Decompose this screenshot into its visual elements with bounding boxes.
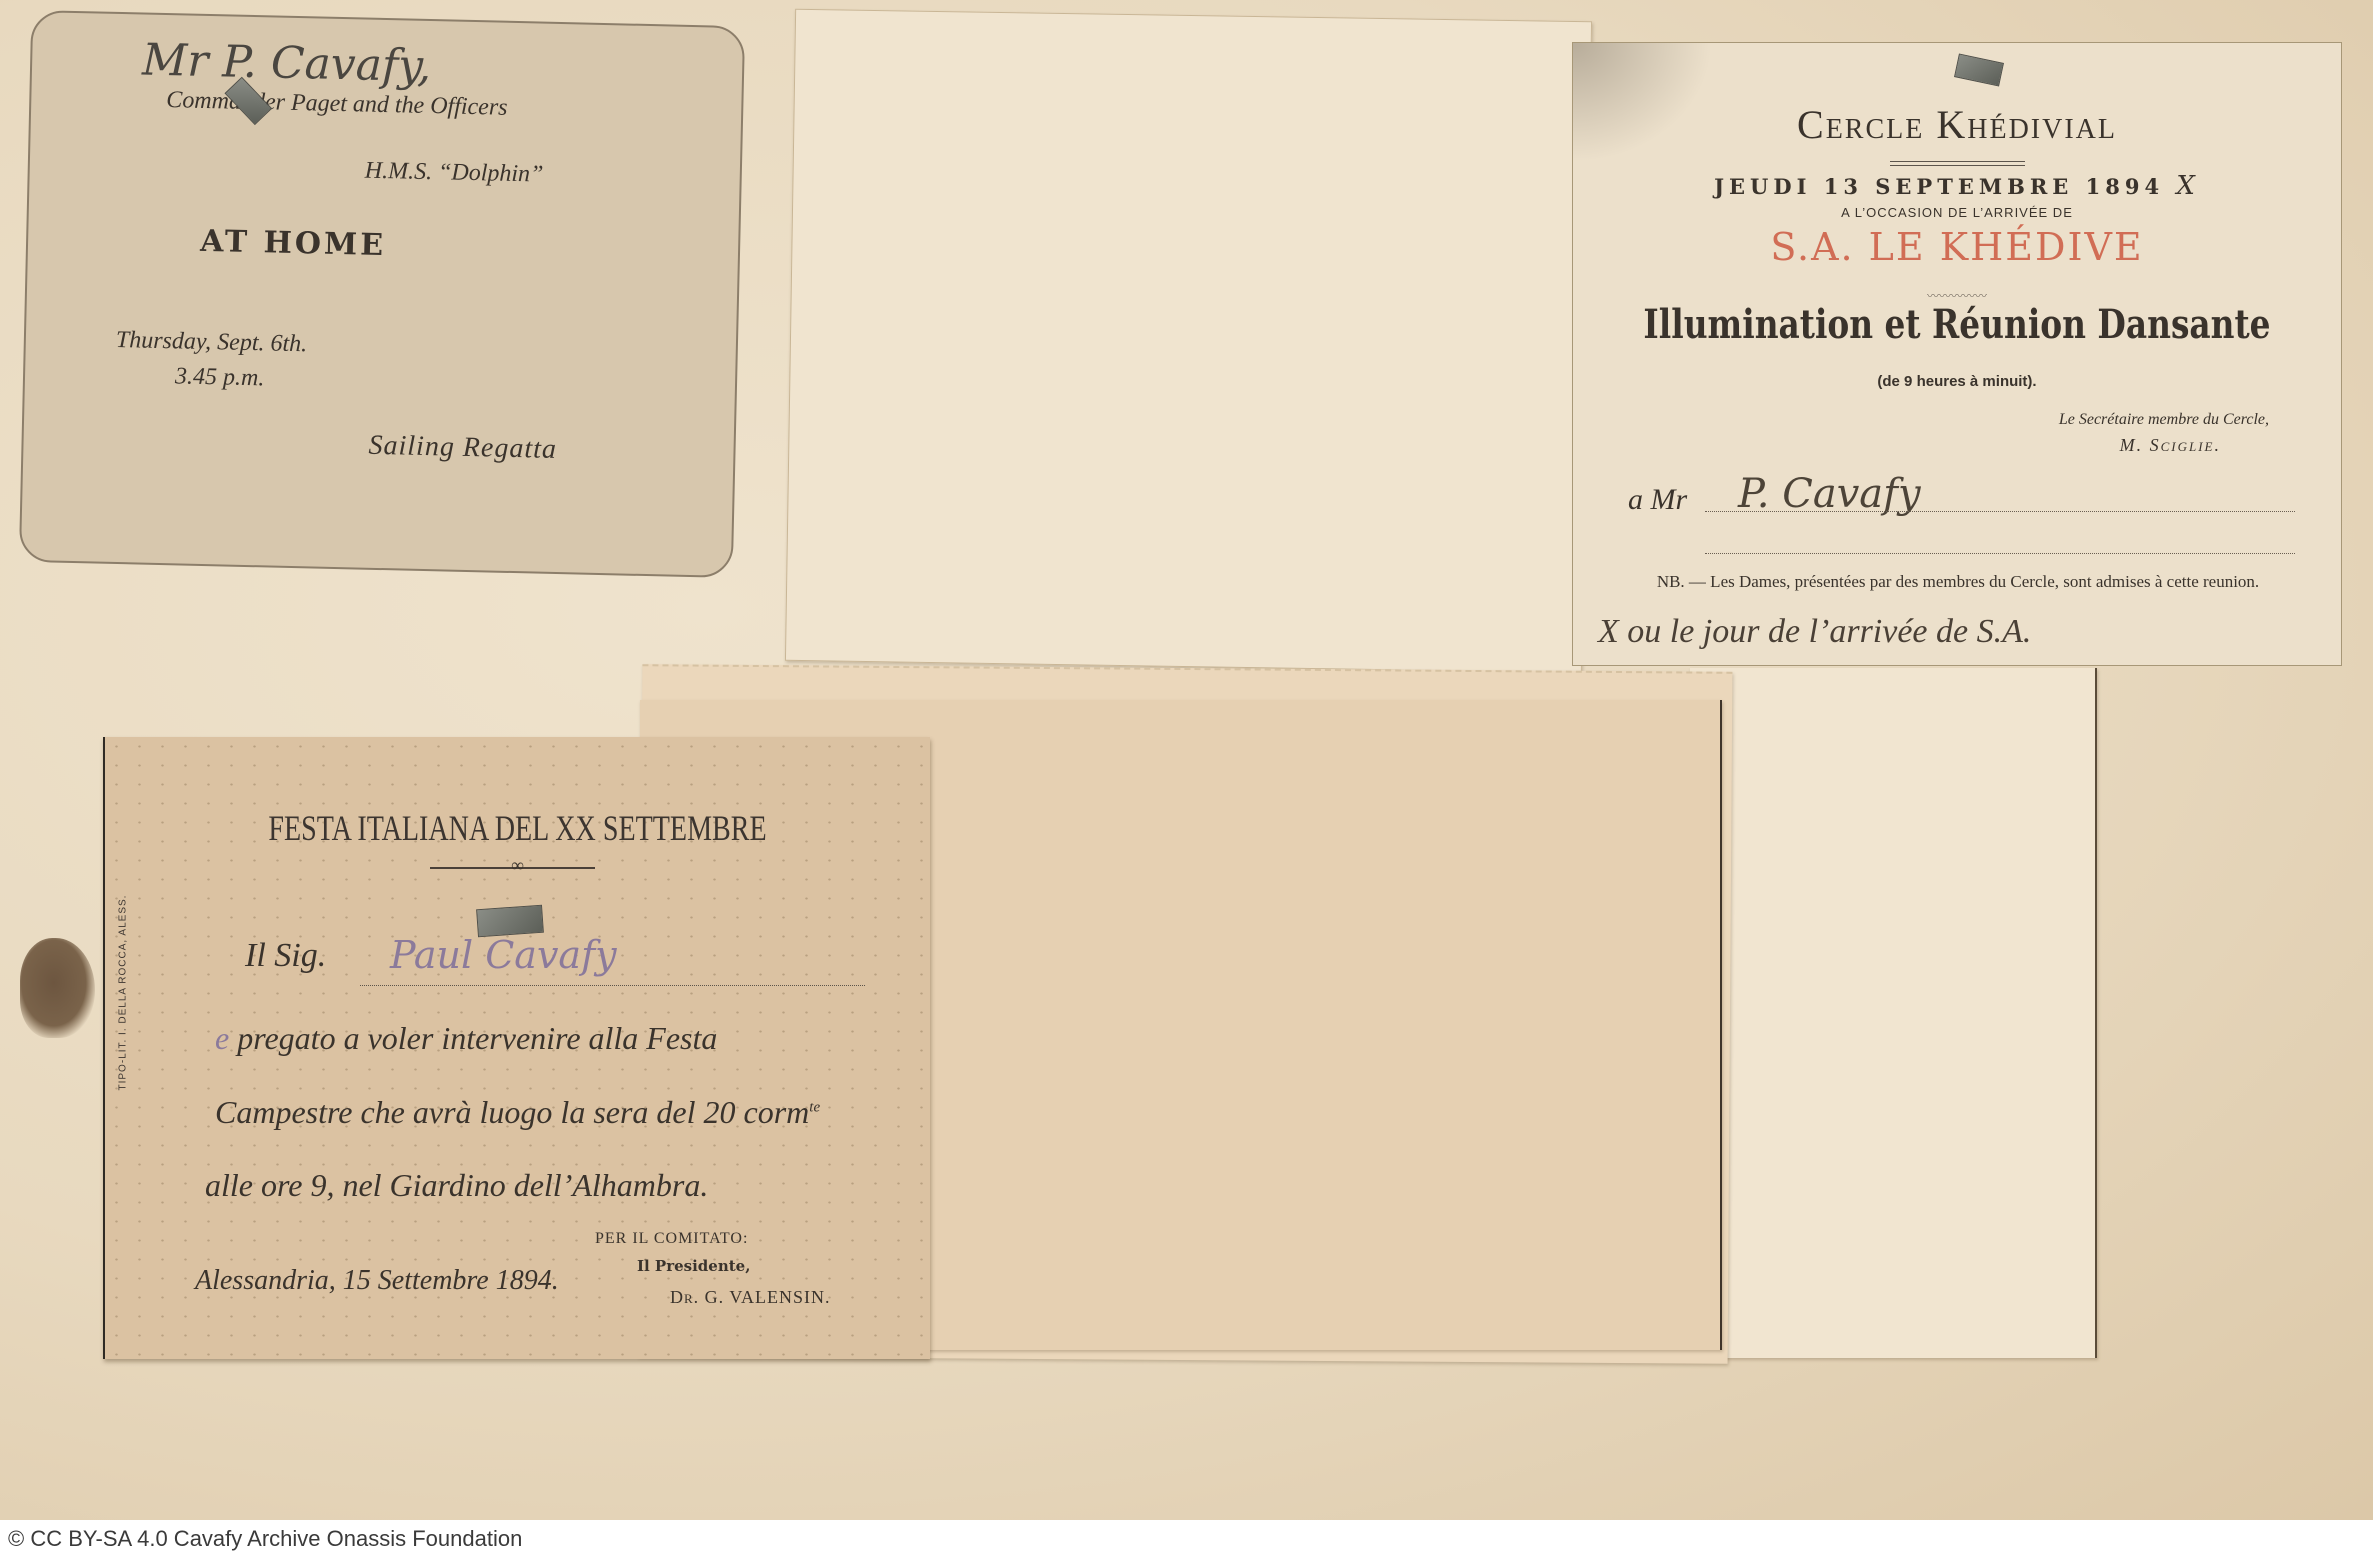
secretary-name: M. Sciglie. xyxy=(2120,435,2221,456)
occasion-line: A L’OCCASION DE L’ARRIVÉE DE xyxy=(1573,205,2341,220)
to-label: a Mr xyxy=(1628,483,1687,517)
event-date: JEUDI 13 SEPTEMBRE 1894 X xyxy=(1573,171,2341,201)
event-time: 3.45 p.m. xyxy=(175,363,265,392)
event-hours: (de 9 heures à minuit). xyxy=(1573,373,2341,390)
dotted-line xyxy=(360,985,865,986)
nb-note: NB. — Les Dames, présentées par des memb… xyxy=(1613,571,2303,593)
honoree: S.A. LE KHÉDIVE xyxy=(1573,225,2341,269)
event-name: Sailing Regatta xyxy=(368,430,557,466)
blank-envelope-top xyxy=(785,9,1592,673)
handwritten-note: X ou le jour de l’arrivée de S.A. xyxy=(1598,613,2031,651)
blank-sheet-right xyxy=(1690,668,2097,1358)
secretary-label: Le Secrétaire membre du Cercle, xyxy=(2059,411,2269,429)
event-day: Thursday, Sept. 6th. xyxy=(116,327,308,358)
invitation-line-3: Campestre che avrà luogo la sera del 20 … xyxy=(215,1094,820,1131)
dotted-line xyxy=(1705,511,2295,512)
ink-stain xyxy=(20,938,95,1038)
invitation-line-2: e pregato a voler intervenire alla Festa xyxy=(215,1020,717,1057)
invitation-line-4: alle ore 9, nel Giardino dell’Alhambra. xyxy=(205,1167,708,1204)
hosts-line: Commander Paget and the Officers xyxy=(166,87,508,122)
title-rule xyxy=(1890,161,2025,166)
club-title: Cercle Khédivial xyxy=(1573,101,2341,148)
metal-clip-icon xyxy=(1954,53,2004,86)
album-page: Mr P. Cavafy, Commander Paget and the Of… xyxy=(0,0,2373,1520)
event-name: Illumination et Réunion Dansante xyxy=(1642,301,2272,348)
copyright-caption: © CC BY-SA 4.0 Cavafy Archive Onassis Fo… xyxy=(0,1520,2373,1565)
recipient-handwritten: Mr P. Cavafy, xyxy=(142,35,432,93)
salutation: Il Sig. xyxy=(245,937,326,975)
recipient-handwritten: Paul Cavafy xyxy=(390,933,617,977)
signatory: Dr. G. VALENSIN. xyxy=(670,1287,831,1308)
committee-label: PER IL COMITATO: xyxy=(595,1230,748,1248)
at-home-card: Mr P. Cavafy, Commander Paget and the Of… xyxy=(19,10,745,578)
festa-italiana-card: TIPO-LIT. I. DELLA ROCCA, ALESS. FESTA I… xyxy=(103,737,930,1359)
caption-text: © CC BY-SA 4.0 Cavafy Archive Onassis Fo… xyxy=(8,1526,522,1552)
president-label: Il Presidente, xyxy=(637,1257,750,1275)
card-title: AT HOME xyxy=(0,218,648,269)
dotted-line xyxy=(1705,553,2295,554)
printer-credit: TIPO-LIT. I. DELLA ROCCA, ALESS. xyxy=(118,911,129,1091)
ornament-icon: ∞ xyxy=(105,855,930,876)
cercle-khedivial-card: Cercle Khédivial JEUDI 13 SEPTEMBRE 1894… xyxy=(1572,42,2342,666)
card-title: FESTA ITALIANA DEL XX SETTEMBRE xyxy=(196,807,840,849)
ship-line: H.M.S. “Dolphin” xyxy=(364,158,543,189)
place-date: Alessandria, 15 Settembre 1894. xyxy=(195,1265,559,1297)
date-mark: X xyxy=(2176,171,2200,201)
